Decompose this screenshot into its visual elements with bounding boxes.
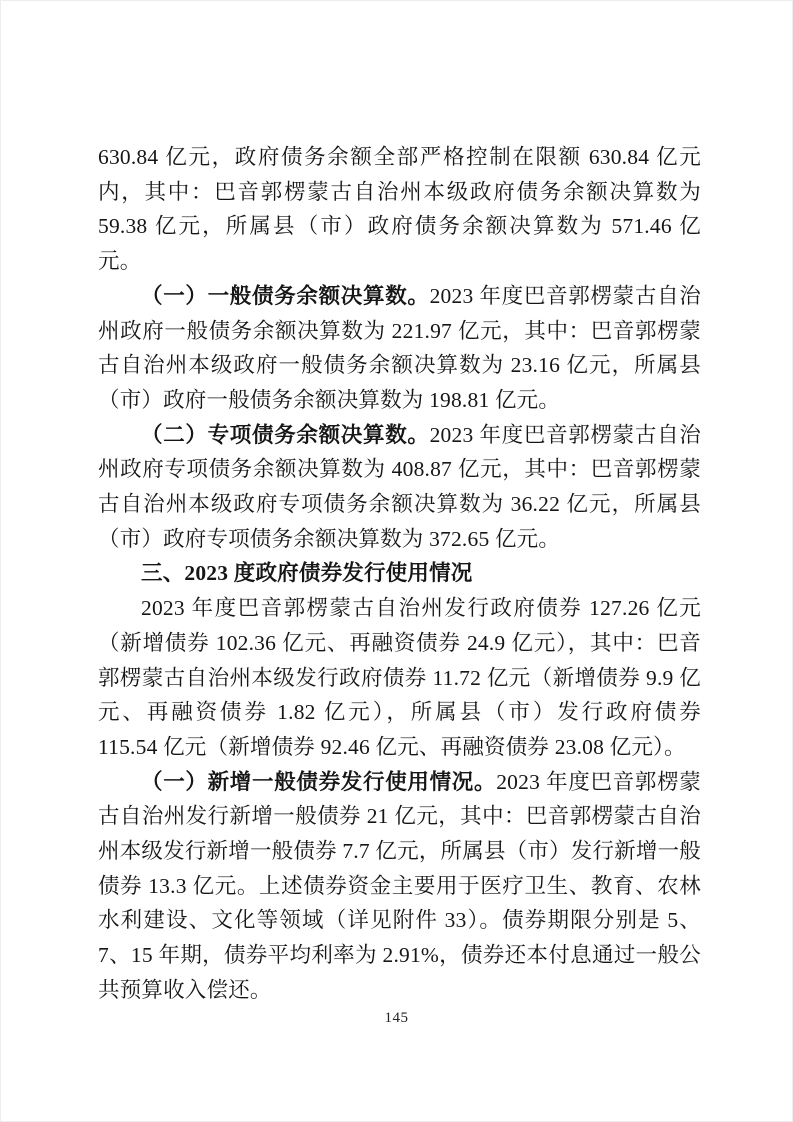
paragraph-bond-issuance-overview: 2023 年度巴音郭楞蒙古自治州发行政府债券 127.26 亿元（新增债券 10… [98, 591, 701, 765]
new-general-bonds-lead: （一）新增一般债券发行使用情况。 [141, 770, 496, 794]
section-heading-bond-issuance: 三、2023 度政府债券发行使用情况 [98, 556, 701, 591]
paragraph-debt-balance-totals: 630.84 亿元，政府债务余额全部严格控制在限额 630.84 亿元内，其中：… [98, 140, 701, 279]
document-page: 630.84 亿元，政府债务余额全部严格控制在限额 630.84 亿元内，其中：… [0, 0, 793, 1122]
general-debt-balance-lead: （一）一般债务余额决算数。 [141, 284, 430, 308]
paragraph-special-debt-balance: （二）专项债务余额决算数。2023 年度巴音郭楞蒙古自治州政府专项债务余额决算数… [98, 418, 701, 557]
page-footer: 145 [0, 1008, 793, 1028]
paragraph-general-debt-balance: （一）一般债务余额决算数。2023 年度巴音郭楞蒙古自治州政府一般债务余额决算数… [98, 279, 701, 418]
special-debt-balance-lead: （二）专项债务余额决算数。 [141, 423, 430, 447]
new-general-bonds-text: 2023 年度巴音郭楞蒙古自治州发行新增一般债券 21 亿元，其中：巴音郭楞蒙古… [98, 770, 701, 1002]
paragraph-new-general-bonds: （一）新增一般债券发行使用情况。2023 年度巴音郭楞蒙古自治州发行新增一般债券… [98, 765, 701, 1008]
page-number: 145 [385, 1010, 409, 1026]
document-body: 630.84 亿元，政府债务余额全部严格控制在限额 630.84 亿元内，其中：… [98, 140, 701, 1008]
